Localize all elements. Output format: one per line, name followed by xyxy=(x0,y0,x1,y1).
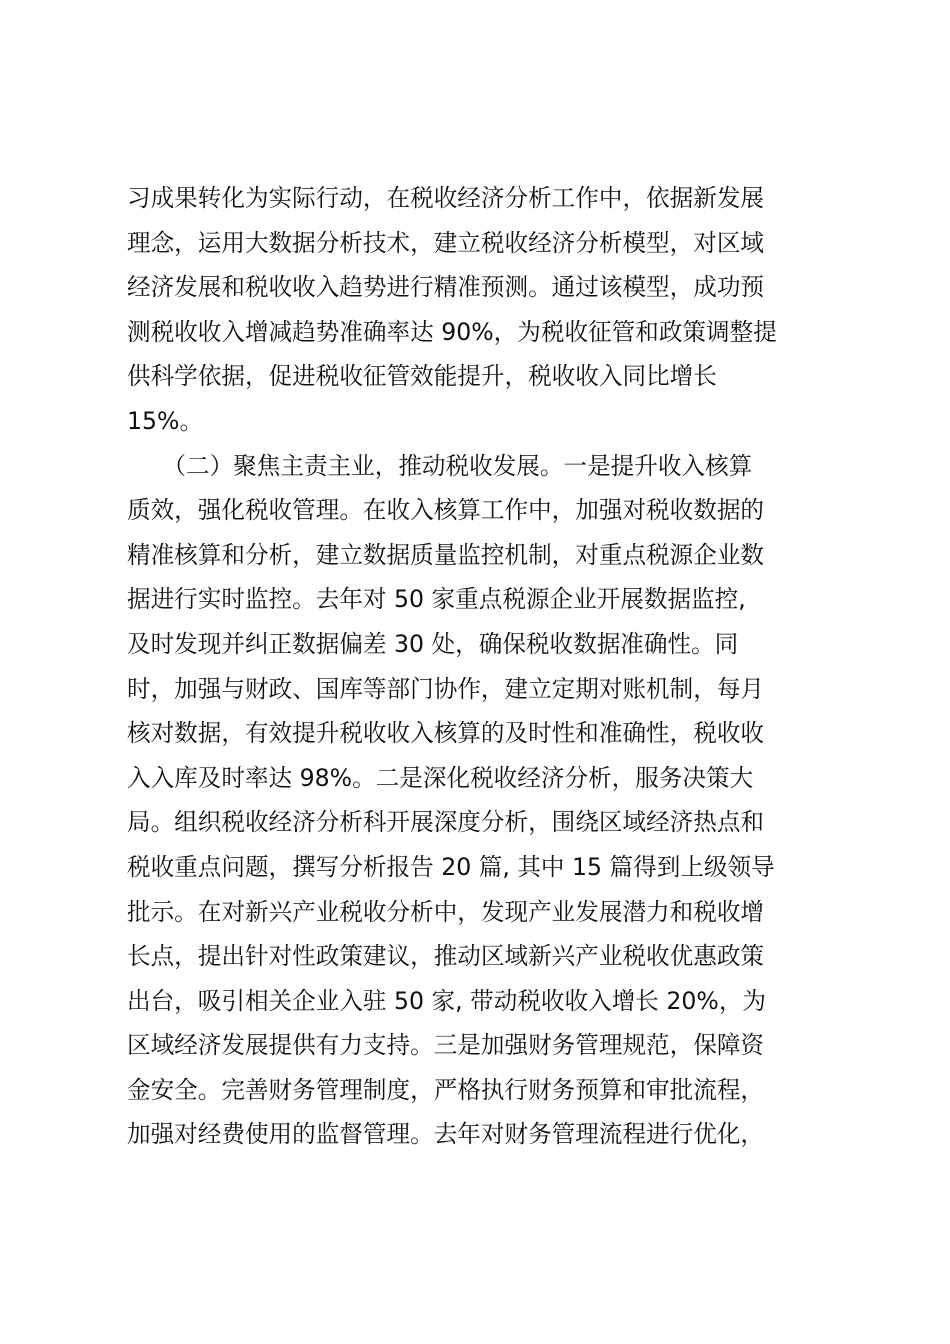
text-line: 时，加强与财政、国库等部门协作，建立定期对账机制，每月 xyxy=(127,667,847,712)
document-page: 习成果转化为实际行动，在税收经济分析工作中，依据新发展 理念，运用大数据分析技术… xyxy=(0,0,950,1344)
text-line: 及时发现并纠正数据偏差 30 处，确保税收数据准确性。同 xyxy=(127,622,847,667)
text-line: 出台，吸引相关企业入驻 50 家, 带动税收收入增长 20%，为 xyxy=(127,979,847,1024)
text-line: 入入库及时率达 98%。二是深化税收经济分析，服务决策大 xyxy=(127,756,847,801)
text-line: 据进行实时监控。去年对 50 家重点税源企业开展数据监控, xyxy=(127,577,847,622)
text-line: 金安全。完善财务管理制度，严格执行财务预算和审批流程， xyxy=(127,1068,847,1113)
text-line: 供科学依据，促进税收征管效能提升，税收收入同比增长 xyxy=(127,354,847,399)
text-line: 15%。 xyxy=(127,399,847,444)
text-line: 长点，提出针对性政策建议，推动区域新兴产业税收优惠政策 xyxy=(127,934,847,979)
text-line: 税收重点问题，撰写分析报告 20 篇, 其中 15 篇得到上级领导 xyxy=(127,845,847,890)
text-line: 加强对经费使用的监督管理。去年对财务管理流程进行优化， xyxy=(127,1112,847,1157)
text-line: 理念，运用大数据分析技术，建立税收经济分析模型，对区域 xyxy=(127,221,847,266)
text-line: 区域经济发展提供有力支持。三是加强财务管理规范，保障资 xyxy=(127,1023,847,1068)
text-line: 精准核算和分析，建立数据质量监控机制，对重点税源企业数 xyxy=(127,533,847,578)
text-line: 测税收收入增减趋势准确率达 90%，为税收征管和政策调整提 xyxy=(127,310,847,355)
text-line: 习成果转化为实际行动，在税收经济分析工作中，依据新发展 xyxy=(127,176,847,221)
text-line: 批示。在对新兴产业税收分析中，发现产业发展潜力和税收增 xyxy=(127,890,847,935)
text-line: 核对数据，有效提升税收收入核算的及时性和准确性，税收收 xyxy=(127,711,847,756)
text-line: 经济发展和税收收入趋势进行精准预测。通过该模型，成功预 xyxy=(127,265,847,310)
text-line: 质效，强化税收管理。在收入核算工作中，加强对税收数据的 xyxy=(127,488,847,533)
text-line: 局。组织税收经济分析科开展深度分析，围绕区域经济热点和 xyxy=(127,800,847,845)
section-heading-line: （二）聚焦主责主业，推动税收发展。一是提升收入核算 xyxy=(127,444,847,489)
body-text: 习成果转化为实际行动，在税收经济分析工作中，依据新发展 理念，运用大数据分析技术… xyxy=(127,176,847,1157)
